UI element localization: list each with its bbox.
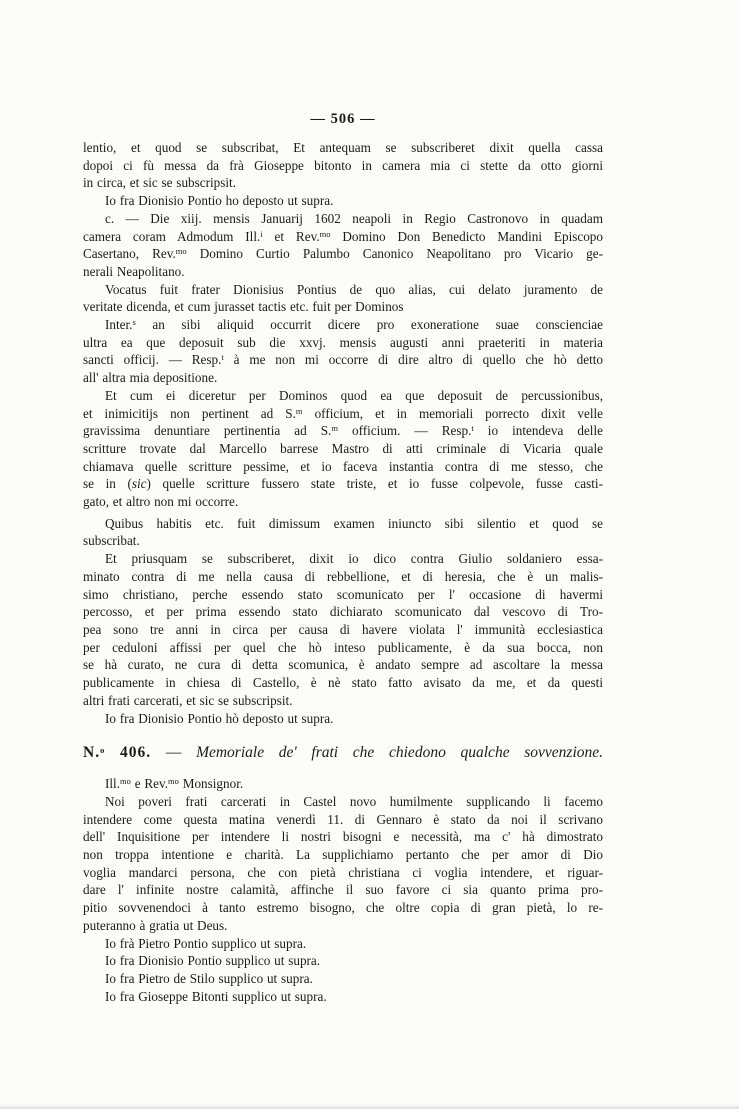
- text-line: scritture trovate dal Marcello barrese M…: [83, 440, 603, 458]
- text-line: puteranno à gratia ut Deus.: [83, 917, 603, 935]
- text-line: simo christiano, perche essendo stato sc…: [83, 586, 603, 604]
- text-line: dopoi ci fù messa da frà Gioseppe bitont…: [83, 157, 603, 175]
- text-line: in circa, et sic se subscripsit.: [83, 174, 603, 192]
- text-line: veritate dicenda, et cum jurasset tactis…: [83, 298, 603, 316]
- text-line: camera coram Admodum Ill.i et Rev.mo Dom…: [83, 228, 603, 246]
- heading-dash: —: [166, 744, 182, 761]
- text-line: publicamente in chiesa di Castello, è nè…: [83, 674, 603, 692]
- text-line: sancti officij. — Resp.t à me non mi occ…: [83, 351, 603, 369]
- text-block: lentio, et quod se subscribat, Et antequ…: [83, 139, 603, 1005]
- text-line: Vocatus fuit frater Dionisius Pontius de…: [83, 281, 603, 299]
- paragraph: Io fra Gioseppe Bitonti supplico ut supr…: [83, 988, 603, 1006]
- text-line: Io frà Pietro Pontio supplico ut supra.: [83, 935, 603, 953]
- text-line: Et priusquam se subscriberet, dixit io d…: [83, 550, 603, 568]
- text-line: Quibus habitis etc. fuit dimissum examen…: [83, 515, 603, 533]
- text-line: intendere come questa matina venerdì 11.…: [83, 811, 603, 829]
- text-line: Ill.mo e Rev.mo Monsignor.: [83, 775, 603, 793]
- paragraph: Io fra Dionisio Pontio supplico ut supra…: [83, 952, 603, 970]
- text-line: Casertano, Rev.mo Domino Curtio Palumbo …: [83, 245, 603, 263]
- text-line: Io fra Dionisio Pontio ho deposto ut sup…: [83, 192, 603, 210]
- text-line: chiamava quelle scritture pessime, et io…: [83, 458, 603, 476]
- page-number: — 506 —: [83, 111, 603, 128]
- book-page: — 506 — lentio, et quod se subscribat, E…: [0, 0, 739, 1109]
- text-line: nerali Neapolitano.: [83, 263, 603, 281]
- paragraph: Et cum ei diceretur per Dominos quod ea …: [83, 387, 603, 511]
- text-line: altri frati carcerati, et sic se subscri…: [83, 692, 603, 710]
- text-line: se in (sic) quelle scritture fussero sta…: [83, 475, 603, 493]
- text-line: pea sono tre anni in circa per causa di …: [83, 621, 603, 639]
- text-line: voglia mandarci persona, che con pietà c…: [83, 864, 603, 882]
- entry-title: Memoriale de' frati che chiedono qualche…: [196, 744, 603, 761]
- entry-number: N.o 406.: [83, 744, 151, 761]
- paragraph: Ill.mo e Rev.mo Monsignor.: [83, 775, 603, 793]
- paragraph: Io fra Dionisio Pontio hò deposto ut sup…: [83, 710, 603, 728]
- text-line: c. — Die xiij. mensis Januarij 1602 neap…: [83, 210, 603, 228]
- paragraph: lentio, et quod se subscribat, Et antequ…: [83, 139, 603, 192]
- text-line: et inimicitijs non pertinent ad S.m offi…: [83, 405, 603, 423]
- text-line: Io fra Dionisio Pontio hò deposto ut sup…: [83, 710, 603, 728]
- paragraph: Quibus habitis etc. fuit dimissum examen…: [83, 515, 603, 550]
- text-line: percosso, et per prima essendo stato dic…: [83, 603, 603, 621]
- text-line: gravissima denuntiare pertinentia ad S.m…: [83, 422, 603, 440]
- paragraph: Io frà Pietro Pontio supplico ut supra.: [83, 935, 603, 953]
- paragraph: Vocatus fuit frater Dionisius Pontius de…: [83, 281, 603, 316]
- paragraph: Io fra Pietro de Stilo supplico ut supra…: [83, 970, 603, 988]
- text-line: minato contra di me nella causa di rebbe…: [83, 568, 603, 586]
- text-line: pitio sovvenendoci à tanto estremo bisog…: [83, 899, 603, 917]
- text-line: per ceduloni affissi per quel che hò int…: [83, 639, 603, 657]
- text-line: Io fra Gioseppe Bitonti supplico ut supr…: [83, 988, 603, 1006]
- text-line: Io fra Pietro de Stilo supplico ut supra…: [83, 970, 603, 988]
- paragraph: Noi poveri frati carcerati in Castel nov…: [83, 793, 603, 935]
- paragraph: c. — Die xiij. mensis Januarij 1602 neap…: [83, 210, 603, 281]
- memorial-section: Ill.mo e Rev.mo Monsignor.Noi poveri fra…: [83, 775, 603, 1005]
- section-heading: N.o 406. — Memoriale de' frati che chied…: [83, 742, 603, 763]
- text-line: ultra ea que deposuit sub die xxvj. mens…: [83, 334, 603, 352]
- paragraph: Io fra Dionisio Pontio ho deposto ut sup…: [83, 192, 603, 210]
- text-line: subscribat.: [83, 532, 603, 550]
- paragraph: Et priusquam se subscriberet, dixit io d…: [83, 550, 603, 709]
- text-line: non troppa intentione e charità. La supp…: [83, 846, 603, 864]
- text-line: se hà curato, ne cura di detta scomunica…: [83, 656, 603, 674]
- paragraph: Inter.s an sibi aliquid occurrit dicere …: [83, 316, 603, 387]
- text-line: all' altra mia depositione.: [83, 369, 603, 387]
- text-line: gato, et altro non mi occorre.: [83, 493, 603, 511]
- text-line: lentio, et quod se subscribat, Et antequ…: [83, 139, 603, 157]
- text-line: Inter.s an sibi aliquid occurrit dicere …: [83, 316, 603, 334]
- text-line: dell' Inquisitione per intendere li nost…: [83, 828, 603, 846]
- text-line: Et cum ei diceretur per Dominos quod ea …: [83, 387, 603, 405]
- deposition-section: lentio, et quod se subscribat, Et antequ…: [83, 139, 603, 727]
- text-line: Noi poveri frati carcerati in Castel nov…: [83, 793, 603, 811]
- text-line: dare l' infinite nostre calamità, affinc…: [83, 881, 603, 899]
- text-line: Io fra Dionisio Pontio supplico ut supra…: [83, 952, 603, 970]
